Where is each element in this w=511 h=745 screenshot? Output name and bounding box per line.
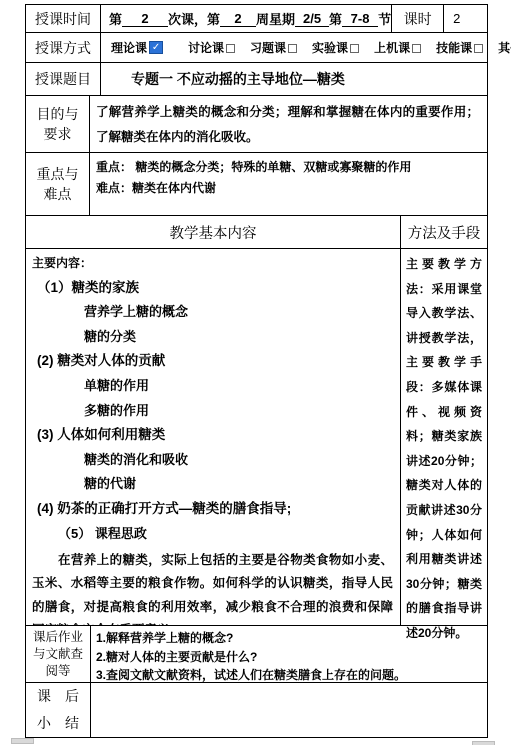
outline-subitem: 营养学上糖的概念 xyxy=(26,300,400,325)
row-summary: 课 后 小 结 xyxy=(26,683,487,737)
course-type-option-skill[interactable]: 技能课 xyxy=(436,39,483,56)
option-label: 实验课 xyxy=(312,39,348,56)
homework-item: 2.糖对人体的主要贡献是什么? xyxy=(96,648,479,667)
row-objectives: 目的与 要求 了解营养学上糖类的概念和分类；理解和掌握糖在体内的重要作用；了解糖… xyxy=(26,96,487,153)
page-edge-handle-left xyxy=(11,738,34,744)
homework-label: 课后作业 与文献查 阅等 xyxy=(26,626,91,682)
summary-label-line1: 课 后 xyxy=(37,683,79,710)
checkbox-unchecked-icon[interactable] xyxy=(474,44,483,53)
outline-subitem: 单糖的作用 xyxy=(26,374,400,399)
outline-subitem: 糖的代谢 xyxy=(26,472,400,497)
option-label: 讨论课 xyxy=(188,39,224,56)
class-hours-label: 课时 xyxy=(392,5,444,32)
document-page: 授课时间 第2次课，第2周星期2/5第7-8节 课时 2 授课方式 理论课 xyxy=(0,0,511,745)
content-header-left: 教学基本内容 xyxy=(26,216,401,248)
keypoints-text: 重点： 糖类的概念分类；特殊的单糖、双糖或寡聚糖的作用 难点：糖类在体内代谢 xyxy=(90,153,487,215)
checkbox-unchecked-icon[interactable] xyxy=(350,44,359,53)
outline-item-5: （5） 课程思政 xyxy=(26,522,400,547)
teaching-time-label-text: 授课时间 xyxy=(35,9,91,29)
course-type-option-computer[interactable]: 上机课 xyxy=(374,39,421,56)
row-lesson-topic: 授课题目 专题一 不应动摇的主导地位—糖类 xyxy=(26,63,487,96)
lesson-topic-label: 授课题目 xyxy=(26,63,101,95)
teaching-mode-label: 授课方式 xyxy=(26,33,101,62)
lesson-topic-label-text: 授课题目 xyxy=(35,69,91,89)
weekday-blank: 2/5 xyxy=(295,11,329,27)
row-homework: 课后作业 与文献查 阅等 1.解释营养学上糖的概念? 2.糖对人体的主要贡献是什… xyxy=(26,626,487,683)
outline-subitem: 多糖的作用 xyxy=(26,399,400,424)
checkbox-unchecked-icon[interactable] xyxy=(288,44,297,53)
course-type-option-experiment[interactable]: 实验课 xyxy=(312,39,359,56)
homework-item: 1.解释营养学上糖的概念? xyxy=(96,629,479,648)
row-keypoints: 重点与 难点 重点： 糖类的概念分类；特殊的单糖、双糖或寡聚糖的作用 难点：糖类… xyxy=(26,153,487,216)
class-hours-value: 2 xyxy=(444,5,487,32)
time-text-5: 节 xyxy=(378,9,391,28)
course-type-option-discussion[interactable]: 讨论课 xyxy=(188,39,235,56)
checkbox-unchecked-icon[interactable] xyxy=(226,44,235,53)
outline-subitem: 糖类的消化和吸收 xyxy=(26,448,400,473)
teaching-time-value: 第2次课，第2周星期2/5第7-8节 xyxy=(101,5,392,32)
time-text-2: 次课，第 xyxy=(168,9,220,28)
objectives-text-content: 了解营养学上糖类的概念和分类；理解和掌握糖在体内的重要作用；了解糖类在体内的消化… xyxy=(96,105,479,144)
summary-body xyxy=(91,683,487,737)
teaching-time-label: 授课时间 xyxy=(26,5,101,32)
row-teaching-mode: 授课方式 理论课 讨论课 习题课 实验课 xyxy=(26,33,487,63)
class-hours-number: 2 xyxy=(453,11,460,26)
class-hours-label-text: 课时 xyxy=(404,9,432,29)
teaching-mode-label-text: 授课方式 xyxy=(35,38,91,58)
course-type-option-other[interactable]: 其他 xyxy=(498,39,511,56)
outline-item-4: (4) 奶茶的正确打开方式—糖类的膳食指导; xyxy=(26,497,400,522)
difficulty-line: 难点：糖类在体内代谢 xyxy=(96,178,479,199)
objectives-text: 了解营养学上糖类的概念和分类；理解和掌握糖在体内的重要作用；了解糖类在体内的消化… xyxy=(90,96,487,152)
time-text-3: 周星期 xyxy=(256,9,295,28)
option-label: 其他 xyxy=(498,39,511,56)
homework-label-line2: 与文献查 xyxy=(33,646,83,663)
course-type-option-exercise[interactable]: 习题课 xyxy=(250,39,297,56)
row-content-header: 教学基本内容 方法及手段 xyxy=(26,216,487,249)
homework-label-line1: 课后作业 xyxy=(33,629,83,646)
period-blank: 7-8 xyxy=(342,11,378,27)
methods-text: 主要教学方法：采用课堂导入教学法、讲授教学法，主要教学手段：多媒体课件、视频资料… xyxy=(406,257,482,640)
lesson-topic-value: 专题一 不应动摇的主导地位—糖类 xyxy=(101,63,487,95)
lesson-plan-table: 授课时间 第2次课，第2周星期2/5第7-8节 课时 2 授课方式 理论课 xyxy=(25,4,488,738)
homework-item: 3.查阅文献文献资料，试述人们在糖类膳食上存在的问题。 xyxy=(96,666,479,685)
methods-cell: 主要教学方法：采用课堂导入教学法、讲授教学法，主要教学手段：多媒体课件、视频资料… xyxy=(401,249,487,625)
content-header-right: 方法及手段 xyxy=(401,216,487,248)
session-number-blank: 2 xyxy=(122,11,168,27)
content-header-left-text: 教学基本内容 xyxy=(170,222,257,243)
objectives-label: 目的与 要求 xyxy=(26,96,90,152)
outline-item-3: (3) 人体如何利用糖类 xyxy=(26,423,400,448)
keypoint-line: 重点： 糖类的概念分类；特殊的单糖、双糖或寡聚糖的作用 xyxy=(96,157,479,178)
main-content-intro: 主要内容： xyxy=(26,251,400,276)
time-text-4: 第 xyxy=(329,9,342,28)
week-number-blank: 2 xyxy=(220,11,256,27)
option-label: 理论课 xyxy=(111,39,147,56)
time-text-1: 第 xyxy=(109,9,122,28)
outline-item-1: （1）糖类的家族 xyxy=(26,276,400,301)
outline-subitem: 糖的分类 xyxy=(26,325,400,350)
checkbox-unchecked-icon[interactable] xyxy=(412,44,421,53)
objectives-label-line2: 要求 xyxy=(44,124,72,144)
objectives-label-line1: 目的与 xyxy=(37,104,79,124)
outline-item-2: (2) 糖类对人体的贡献 xyxy=(26,349,400,374)
teaching-mode-options: 理论课 讨论课 习题课 实验课 上机课 xyxy=(101,33,511,62)
option-label: 技能课 xyxy=(436,39,472,56)
content-header-right-text: 方法及手段 xyxy=(408,222,481,243)
homework-items: 1.解释营养学上糖的概念? 2.糖对人体的主要贡献是什么? 3.查阅文献文献资料… xyxy=(91,626,487,682)
option-label: 习题课 xyxy=(250,39,286,56)
main-content-cell: 主要内容： （1）糖类的家族 营养学上糖的概念 糖的分类 (2) 糖类对人体的贡… xyxy=(26,249,401,625)
keypoints-label-line2: 难点 xyxy=(44,184,72,204)
option-label: 上机课 xyxy=(374,39,410,56)
page-edge-handle-right xyxy=(472,741,495,745)
row-teaching-time: 授课时间 第2次课，第2周星期2/5第7-8节 课时 2 xyxy=(26,5,487,33)
summary-label-line2: 小 结 xyxy=(37,710,79,737)
keypoints-label: 重点与 难点 xyxy=(26,153,90,215)
lesson-topic-title: 专题一 不应动摇的主导地位—糖类 xyxy=(131,69,345,89)
course-type-option-theory[interactable]: 理论课 xyxy=(111,39,163,56)
ideology-paragraph: 在营养上的糖类，实际上包括的主要是谷物类食物如小麦、玉米、水稻等主要的粮食作物。… xyxy=(26,549,400,625)
checkbox-checked-icon[interactable] xyxy=(149,41,163,54)
row-main-content: 主要内容： （1）糖类的家族 营养学上糖的概念 糖的分类 (2) 糖类对人体的贡… xyxy=(26,249,487,626)
summary-label: 课 后 小 结 xyxy=(26,683,91,737)
keypoints-label-line1: 重点与 xyxy=(37,164,79,184)
homework-label-line3: 阅等 xyxy=(45,663,70,680)
